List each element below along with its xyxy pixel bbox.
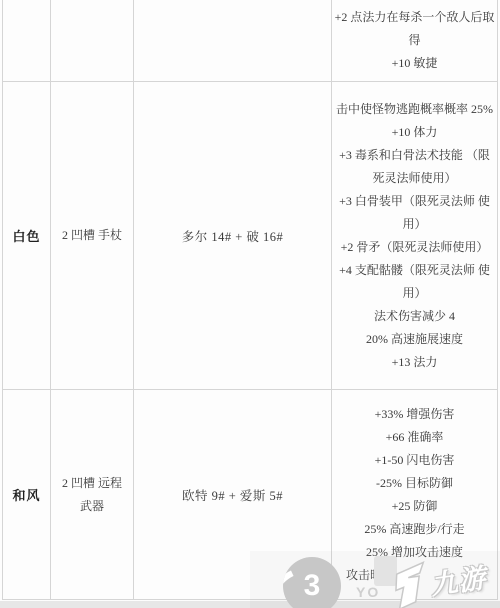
3dm-circle-logo-icon: 3 — [283, 557, 341, 608]
runeword-item-type: 2 凹槽 手杖 — [51, 82, 134, 390]
runeword-item-type: 2 凹槽 远程武器 — [51, 390, 134, 600]
effect-line: 法术伤害减少 4 — [334, 305, 495, 328]
runeword-runes: 多尔 14# + 破 16# — [134, 82, 332, 390]
effect-line: 25% 高速跑步/行走 — [334, 518, 495, 541]
effect-line: 击中使怪物逃跑概率概率 25% — [334, 98, 495, 121]
effect-line: +33% 增强伤害 — [334, 403, 495, 426]
runeword-name: 和风 — [3, 390, 51, 600]
runeword-effects: 击中使怪物逃跑概率概率 25%+10 体力+3 毒系和白骨法术技能 （限死灵法师… — [332, 82, 498, 390]
runeword-table-screenshot: +2 点法力在每杀一个敌人后取得+10 敏捷 白色 2 凹槽 手杖 多尔 14#… — [0, 0, 500, 608]
effect-line: +25 防御 — [334, 495, 495, 518]
3dm-circle-logo-digit: 3 — [304, 569, 321, 603]
runeword-name — [3, 0, 51, 82]
effect-line: +1-50 闪电伤害 — [334, 449, 495, 472]
9game-logo-text: 九游 — [427, 556, 488, 602]
effect-line: +3 毒系和白骨法术技能 （限死灵法师使用） — [334, 144, 495, 190]
9game-g-icon — [391, 560, 431, 608]
watermark-partial-text: YO — [356, 584, 380, 600]
effect-line: -25% 目标防御 — [334, 472, 495, 495]
runeword-runes — [134, 0, 332, 82]
runeword-name: 白色 — [3, 82, 51, 390]
effect-line: +3 白骨装甲（限死灵法师 使用） — [334, 190, 495, 236]
effect-line: +2 点法力在每杀一个敌人后取得 — [334, 6, 495, 52]
effect-line: +66 准确率 — [334, 426, 495, 449]
effect-line: +4 支配骷髅（限死灵法师 使用） — [334, 259, 495, 305]
effect-line: 20% 高速施展速度 — [334, 328, 495, 351]
effect-line: +2 骨矛（限死灵法师使用） — [334, 236, 495, 259]
effect-line: +10 敏捷 — [334, 52, 495, 75]
runeword-effects: +2 点法力在每杀一个敌人后取得+10 敏捷 — [332, 0, 498, 82]
runeword-item-type — [51, 0, 134, 82]
effect-line: +10 体力 — [334, 121, 495, 144]
runewords-table: +2 点法力在每杀一个敌人后取得+10 敏捷 白色 2 凹槽 手杖 多尔 14#… — [2, 0, 497, 600]
effect-line: +13 法力 — [334, 351, 495, 374]
